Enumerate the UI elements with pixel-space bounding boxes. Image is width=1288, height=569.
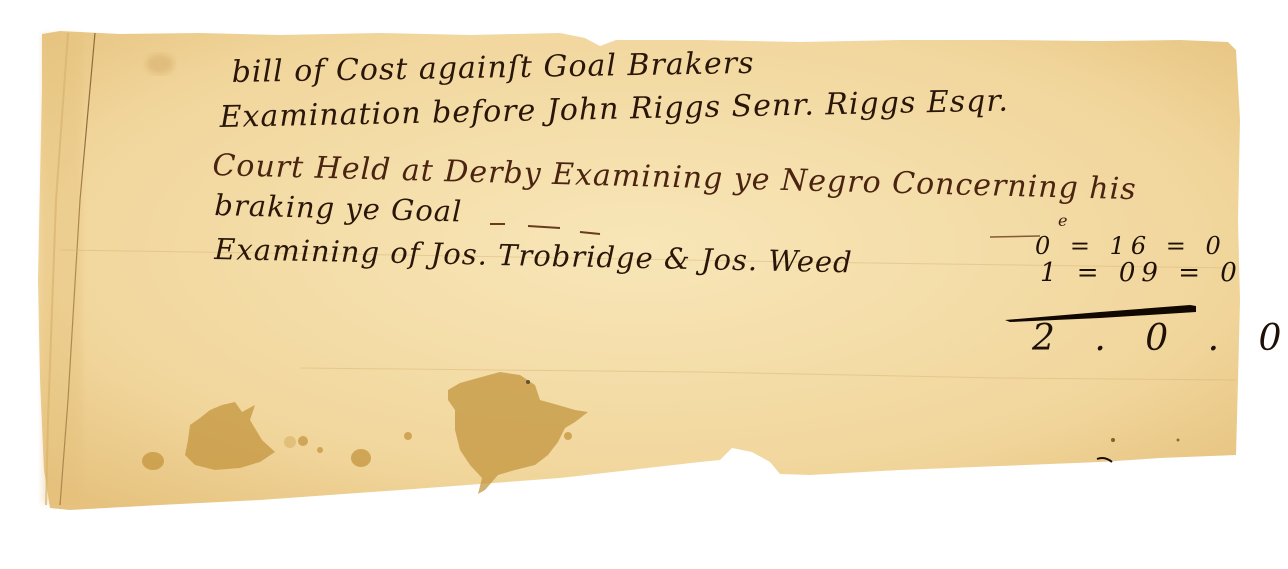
amount-examining: 1 = 09 = 0 [1040,258,1243,288]
amount-braking: 0 = 16 = 0 [1035,232,1227,260]
svg-text:e: e [1058,211,1067,230]
doc-line-braking: braking ye Goal [214,188,463,228]
manuscript-page: e bill of Cost againſt Goal Brakers Exam… [0,0,1288,569]
amount-total: 2 . 0 . 0 [1032,318,1288,359]
